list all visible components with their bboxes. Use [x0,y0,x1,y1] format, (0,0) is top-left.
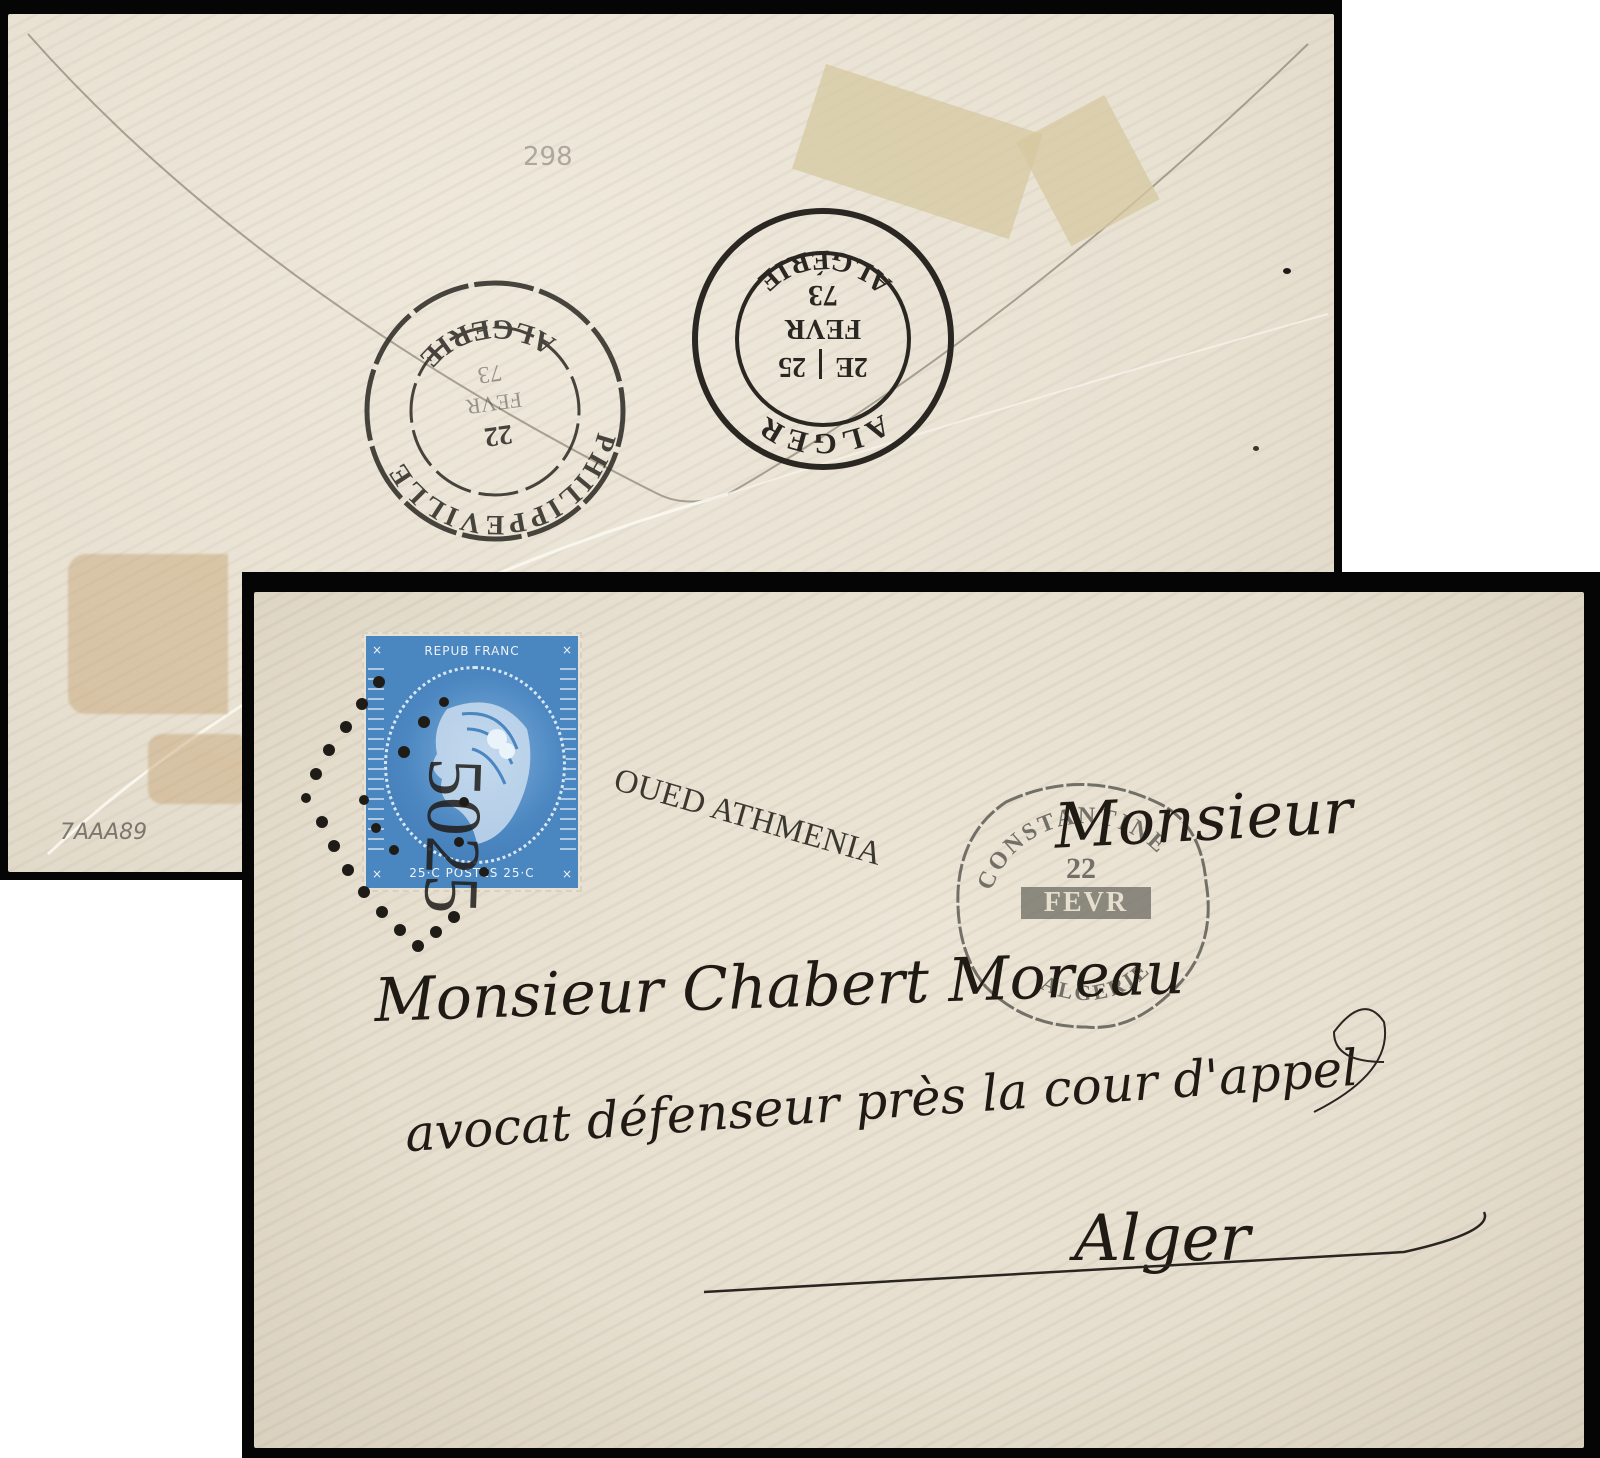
alger-day: 25 [778,351,806,382]
alger-postmark: ALGER ALGÉRIE 2E 25 FEVR 73 [688,204,958,474]
pencil-reference: 7AAA89 [60,820,147,845]
stain-mark [148,734,248,804]
alger-year: 73 [688,278,958,312]
handwriting-flourish [254,592,1584,1448]
stain-mark [68,554,228,714]
envelope-front-frame: × × × × REPUB FRANC 25·C POSTES 25·C [242,572,1600,1458]
svg-text:ALGER: ALGER [751,408,896,460]
envelope-front: × × × × REPUB FRANC 25·C POSTES 25·C [254,592,1584,1448]
pencil-number: 298 [523,142,573,172]
alger-hour: 2E [835,351,868,382]
alger-month: FEVR [688,312,958,344]
paper-hole [1253,446,1259,451]
philippeville-postmark: PHILIPPEVILLE ALGERIE 22 FEVR 73 [343,259,648,564]
paper-hole [1283,268,1291,274]
